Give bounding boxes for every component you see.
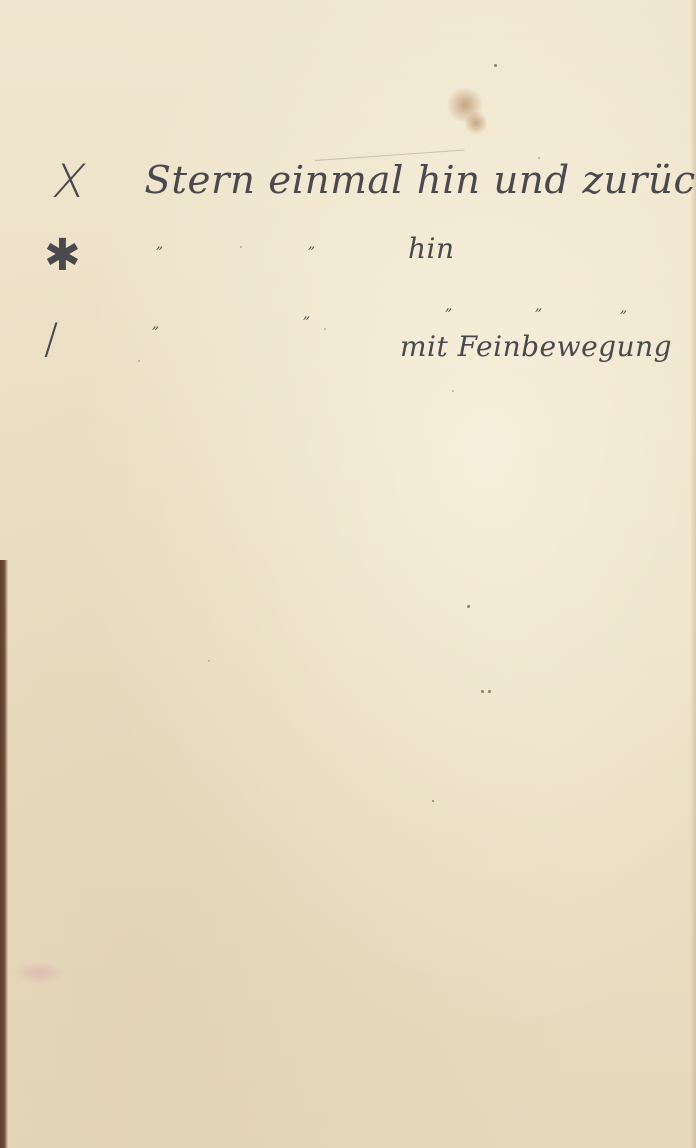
ditto-mark: „ [535,298,542,314]
speck [494,64,497,67]
asterisk-mark: ✱ [44,234,81,278]
slash-mark: / [44,318,58,360]
ditto-mark: „ [308,236,315,252]
speck [208,660,210,662]
speck [432,800,434,802]
faint-stamp [14,962,64,984]
ditto-mark: „ [156,236,163,252]
ditto-mark: „ [445,298,452,314]
x-mark: X [49,158,90,204]
binding-edge-lower [0,560,8,1148]
handwritten-line-1: Stern einmal hin und zurück [144,158,696,202]
document-page: X Stern einmal hin und zurück ✱ „ „ hin … [0,0,696,1148]
foxing-stain [465,110,487,136]
ditto-mark: „ [620,300,627,316]
speck [481,690,484,693]
speck [324,328,326,330]
ditto-mark: „ [303,306,310,322]
speck [240,246,242,248]
handwritten-line-3: mit Feinbewegung [400,330,672,363]
speck [452,390,454,392]
speck [467,605,470,608]
handwritten-line-2: hin [408,232,455,265]
speck [138,360,140,362]
speck [488,690,491,693]
ditto-mark: „ [152,316,159,332]
